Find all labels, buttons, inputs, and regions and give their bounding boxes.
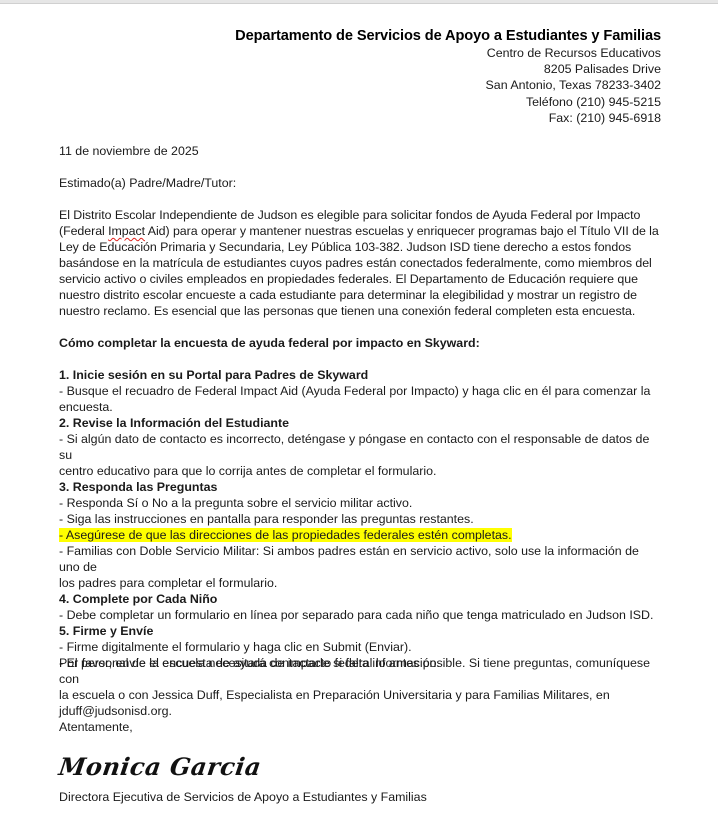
step-item: - Busque el recuadro de Federal Impact A…: [59, 383, 661, 399]
intro-line-text: Aid) para operar y mantener nuestras esc…: [145, 224, 659, 238]
steps-list: 1. Inicie sesión en su Portal para Padre…: [59, 367, 661, 671]
address-phone: Teléfono (210) 945-5215: [59, 94, 661, 110]
step-4: 4. Complete por Cada Niño - Debe complet…: [59, 591, 661, 623]
howto-heading: Cómo completar la encuesta de ayuda fede…: [59, 335, 480, 351]
step-item: - Debe completar un formulario en línea …: [59, 607, 661, 623]
step-title: 4. Complete por Cada Niño: [59, 591, 661, 607]
step-1: 1. Inicie sesión en su Portal para Padre…: [59, 367, 661, 415]
closing-line: Por favor, envíe el encuesta de ayuda de…: [59, 655, 661, 687]
intro-line: El Distrito Escolar Independiente de Jud…: [59, 207, 661, 223]
spellcheck-word: Impact: [108, 224, 145, 238]
intro-line: nuestro distrito escolar encueste a cada…: [59, 287, 661, 303]
step-item: los padres para completar el formulario.: [59, 575, 661, 591]
sign-off: Atentamente,: [59, 719, 133, 735]
window-top-edge: [0, 0, 718, 4]
salutation: Estimado(a) Padre/Madre/Tutor:: [59, 175, 236, 191]
intro-line: (Federal Impact Aid) para operar y mante…: [59, 223, 661, 239]
step-item: - Familias con Doble Servicio Militar: S…: [59, 543, 661, 575]
step-item: - Siga las instrucciones en pantalla par…: [59, 511, 661, 527]
letterhead: Departamento de Servicios de Apoyo a Est…: [59, 27, 661, 126]
signature: Monica Garcia: [57, 752, 263, 782]
step-3: 3. Responda las Preguntas - Responda Sí …: [59, 479, 661, 591]
highlight-text: - Asegúrese de que las direcciones de la…: [59, 528, 512, 542]
intro-line-text: (Federal: [59, 224, 108, 238]
address-city: San Antonio, Texas 78233-3402: [59, 77, 661, 93]
step-title: 5. Firme y Envíe: [59, 623, 661, 639]
intro-line: Ley de Educación Primaria y Secundaria, …: [59, 239, 661, 255]
address-center: Centro de Recursos Educativos: [59, 45, 661, 61]
closing-line: la escuela o con Jessica Duff, Especiali…: [59, 687, 661, 703]
intro-line: basándose en la matrícula de estudiantes…: [59, 255, 661, 271]
closing-paragraph: Por favor, envíe el encuesta de ayuda de…: [59, 655, 661, 719]
department-title: Departamento de Servicios de Apoyo a Est…: [59, 27, 661, 45]
signature-title: Directora Ejecutiva de Servicios de Apoy…: [59, 789, 427, 805]
contact-email: jduff@judsonisd.org.: [59, 703, 661, 719]
intro-line: servicio activo o civiles empleados en p…: [59, 271, 661, 287]
step-item: encuesta.: [59, 399, 661, 415]
intro-line: nuestro reclamo. Es esencial que las per…: [59, 303, 661, 319]
step-item: - Responda Sí o No a la pregunta sobre e…: [59, 495, 661, 511]
address-street: 8205 Palisades Drive: [59, 61, 661, 77]
step-item: centro educativo para que lo corrija ant…: [59, 463, 661, 479]
letter-date: 11 de noviembre de 2025: [59, 143, 199, 159]
step-item-highlighted: - Asegúrese de que las direcciones de la…: [59, 527, 661, 543]
address-fax: Fax: (210) 945-6918: [59, 110, 661, 126]
step-2: 2. Revise la Información del Estudiante …: [59, 415, 661, 479]
step-item: - Firme digitalmente el formulario y hag…: [59, 639, 661, 655]
step-item: - Si algún dato de contacto es incorrect…: [59, 431, 661, 463]
intro-paragraph: El Distrito Escolar Independiente de Jud…: [59, 207, 661, 319]
step-title: 1. Inicie sesión en su Portal para Padre…: [59, 367, 661, 383]
step-title: 2. Revise la Información del Estudiante: [59, 415, 661, 431]
step-title: 3. Responda las Preguntas: [59, 479, 661, 495]
